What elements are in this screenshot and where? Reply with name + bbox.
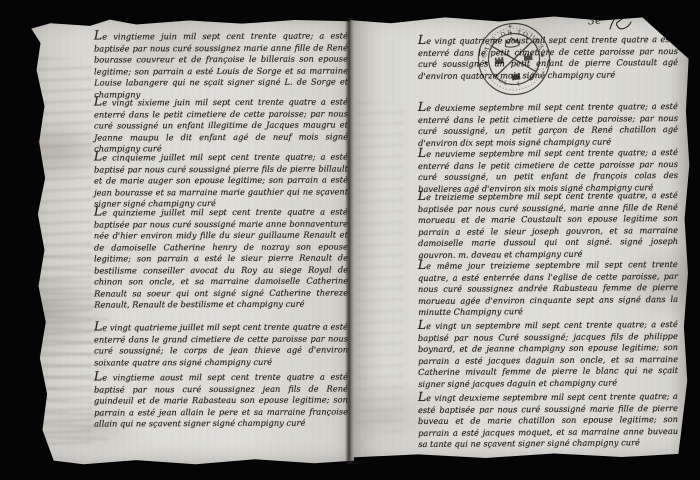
page-gutter — [345, 18, 354, 464]
register-entry: Le cinquieme juillet mil sept cent trent… — [94, 149, 348, 210]
manuscript-scan: Le vingtieme juin mil sept cent trente q… — [0, 0, 700, 480]
paraph-flourish — [606, 8, 636, 34]
register-entry: Le treizieme septembre mil sept cent tre… — [418, 188, 679, 261]
register-entry: Le deuxieme septembre mil sept cent tren… — [418, 99, 678, 149]
left-page: Le vingtieme juin mil sept cent trente q… — [24, 16, 354, 466]
register-entry: Le vingtieme juin mil sept cent trente q… — [94, 28, 348, 100]
register-entry: Le vingt sixieme juin mil sept cent tren… — [94, 94, 348, 155]
folio-number: 3e — [588, 14, 602, 28]
rosette-icon — [541, 54, 544, 57]
ink-bleedthrough — [32, 58, 92, 448]
rosette-icon — [484, 61, 487, 64]
ink-blot — [28, 37, 36, 47]
register-entry: Le vingt un septembre mil sept cent tren… — [418, 317, 679, 390]
register-entry: Le vingt deuxieme septembre mil sept cen… — [418, 389, 678, 451]
tax-stamp-icon: GALE DE TOURS SOL · 4 · DEN — [472, 17, 557, 102]
right-page: 3e Le vingt quatrieme aoust mil sept cen… — [350, 12, 690, 462]
ink-bleedthrough — [356, 102, 404, 432]
cross-mark-icon — [508, 25, 511, 28]
register-entry: Le même jour treizieme septembre mil sep… — [418, 257, 678, 319]
tax-stamp: GALE DE TOURS SOL · 4 · DEN — [472, 17, 557, 102]
register-entry: Le quinzieme juillet mil sept cent trent… — [94, 204, 348, 311]
register-entry: Le vingt quatrieme juillet mil sept cent… — [94, 319, 348, 368]
register-entry: Le vingtieme aoust mil sept cent trente … — [94, 369, 348, 430]
